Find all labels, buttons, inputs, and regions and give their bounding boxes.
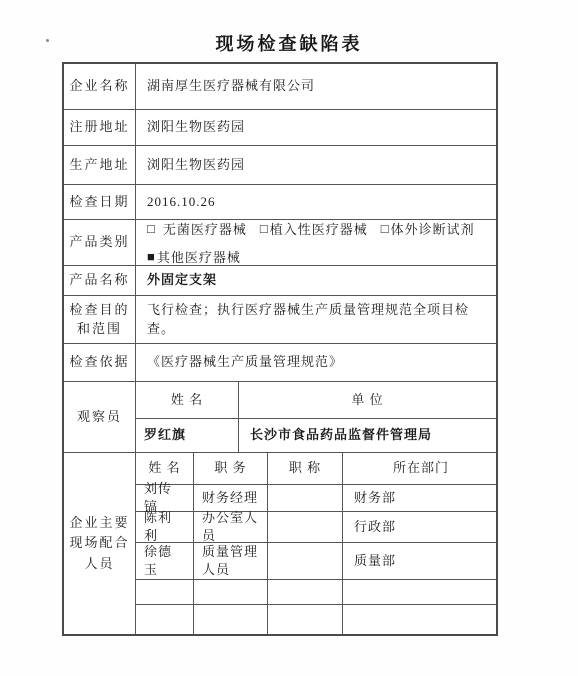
staff-position: 财务经理 xyxy=(194,485,268,511)
row-value: 2016.10.26 xyxy=(136,185,496,219)
table-row-inspection-basis: 检查依据 《医疗器械生产质量管理规范》 xyxy=(64,344,496,382)
document-title: 现场检查缺陷表 xyxy=(0,30,578,56)
staff-row-empty xyxy=(136,580,496,605)
row-label: 生产地址 xyxy=(64,146,136,184)
row-label: 企业名称 xyxy=(64,64,136,109)
staff-title xyxy=(268,580,343,604)
inspection-defect-table: 企业名称 湖南厚生医疗器械有限公司 注册地址 浏阳生物医药园 生产地址 浏阳生物… xyxy=(62,62,498,636)
staff-department: 质量部 xyxy=(343,543,496,579)
row-value: 外固定支架 xyxy=(136,266,496,295)
staff-position: 质量管理人员 xyxy=(194,543,268,579)
row-value: 浏阳生物医药园 xyxy=(136,110,496,145)
category-line-1: □ 无菌医疗器械 □ 植入性医疗器械 □ 体外诊断试剂 xyxy=(147,219,485,238)
staff-department xyxy=(343,605,496,634)
table-row-product-name: 产品名称 外固定支架 xyxy=(64,266,496,296)
category-option-label: 植入性医疗器械 xyxy=(270,219,368,238)
row-label: 产品类别 xyxy=(64,220,136,265)
category-option: □ 体外诊断试剂 xyxy=(381,219,475,238)
staff-name: 陈利利 xyxy=(136,512,194,542)
staff-row: 徐德玉 质量管理人员 质量部 xyxy=(136,543,496,580)
row-label: 注册地址 xyxy=(64,110,136,145)
row-label: 检查依据 xyxy=(64,344,136,381)
row-value: 湖南厚生医疗器械有限公司 xyxy=(136,64,496,109)
staff-row: 陈利利 办公室人员 行政部 xyxy=(136,512,496,543)
row-label: 产品名称 xyxy=(64,266,136,295)
table-row-product-category: 产品类别 □ 无菌医疗器械 □ 植入性医疗器械 □ 体外诊断试剂 xyxy=(64,220,496,266)
staff-position-header: 职 务 xyxy=(194,453,268,484)
product-category-options: □ 无菌医疗器械 □ 植入性医疗器械 □ 体外诊断试剂 ■ 其他 xyxy=(136,220,496,265)
staff-title xyxy=(268,512,343,542)
category-option: □ 植入性医疗器械 xyxy=(260,219,368,238)
row-label: 检查日期 xyxy=(64,185,136,219)
staff-position: 办公室人员 xyxy=(194,512,268,542)
company-staff-section: 企业主要现场配合人员 姓 名 职 务 职 称 所在部门 刘传镐 财务经理 财务部… xyxy=(64,453,496,634)
staff-name xyxy=(136,580,194,604)
checkbox-unchecked-icon: □ xyxy=(147,221,156,237)
row-value: 浏阳生物医药园 xyxy=(136,146,496,184)
staff-position xyxy=(194,580,268,604)
table-row-registered-address: 注册地址 浏阳生物医药园 xyxy=(64,110,496,146)
staff-title xyxy=(268,543,343,579)
category-option-label: 体外诊断试剂 xyxy=(391,219,475,238)
observer-section: 观察员 姓 名 单 位 罗红旗 长沙市食品药品监督件管理局 xyxy=(64,382,496,453)
staff-header-row: 姓 名 职 务 职 称 所在部门 xyxy=(136,453,496,485)
observer-unit: 长沙市食品药品监督件管理局 xyxy=(239,419,496,452)
staff-name xyxy=(136,605,194,634)
staff-position xyxy=(194,605,268,634)
observer-unit-header: 单 位 xyxy=(239,382,496,418)
category-option-label: 其他医疗器械 xyxy=(157,247,241,266)
row-label: 检查目的和范围 xyxy=(64,296,136,343)
table-row-inspection-date: 检查日期 2016.10.26 xyxy=(64,185,496,220)
category-option-label: 无菌医疗器械 xyxy=(163,219,247,238)
staff-title xyxy=(268,605,343,634)
staff-department: 财务部 xyxy=(343,485,496,511)
staff-row: 刘传镐 财务经理 财务部 xyxy=(136,485,496,512)
staff-department xyxy=(343,580,496,604)
staff-name: 刘传镐 xyxy=(136,485,194,511)
table-row-production-address: 生产地址 浏阳生物医药园 xyxy=(64,146,496,185)
table-row-inspection-purpose: 检查目的和范围 飞行检查；执行医疗器械生产质量管理规范全项目检查。 xyxy=(64,296,496,344)
checkbox-checked-icon: ■ xyxy=(147,249,156,265)
company-staff-label: 企业主要现场配合人员 xyxy=(64,453,136,634)
row-value: 《医疗器械生产质量管理规范》 xyxy=(136,344,496,381)
category-option: □ 无菌医疗器械 xyxy=(147,219,247,238)
staff-row-empty xyxy=(136,605,496,634)
observer-name-header: 姓 名 xyxy=(136,382,239,418)
observer-header-row: 姓 名 单 位 xyxy=(136,382,496,419)
staff-title-header: 职 称 xyxy=(268,453,343,484)
category-option-selected: ■ 其他医疗器械 xyxy=(147,247,241,266)
staff-department: 行政部 xyxy=(343,512,496,542)
staff-title xyxy=(268,485,343,511)
table-row-company-name: 企业名称 湖南厚生医疗器械有限公司 xyxy=(64,64,496,110)
checkbox-unchecked-icon: □ xyxy=(381,221,390,237)
staff-name: 徐德玉 xyxy=(136,543,194,579)
observer-label: 观察员 xyxy=(64,382,136,452)
observer-value-row: 罗红旗 长沙市食品药品监督件管理局 xyxy=(136,419,496,452)
staff-department-header: 所在部门 xyxy=(343,453,496,484)
page: 现场检查缺陷表 企业名称 湖南厚生医疗器械有限公司 注册地址 浏阳生物医药园 生… xyxy=(0,0,578,676)
row-value: 飞行检查；执行医疗器械生产质量管理规范全项目检查。 xyxy=(136,296,496,343)
observer-name: 罗红旗 xyxy=(136,419,239,452)
checkbox-unchecked-icon: □ xyxy=(260,221,269,237)
category-line-2: ■ 其他医疗器械 xyxy=(147,247,485,266)
